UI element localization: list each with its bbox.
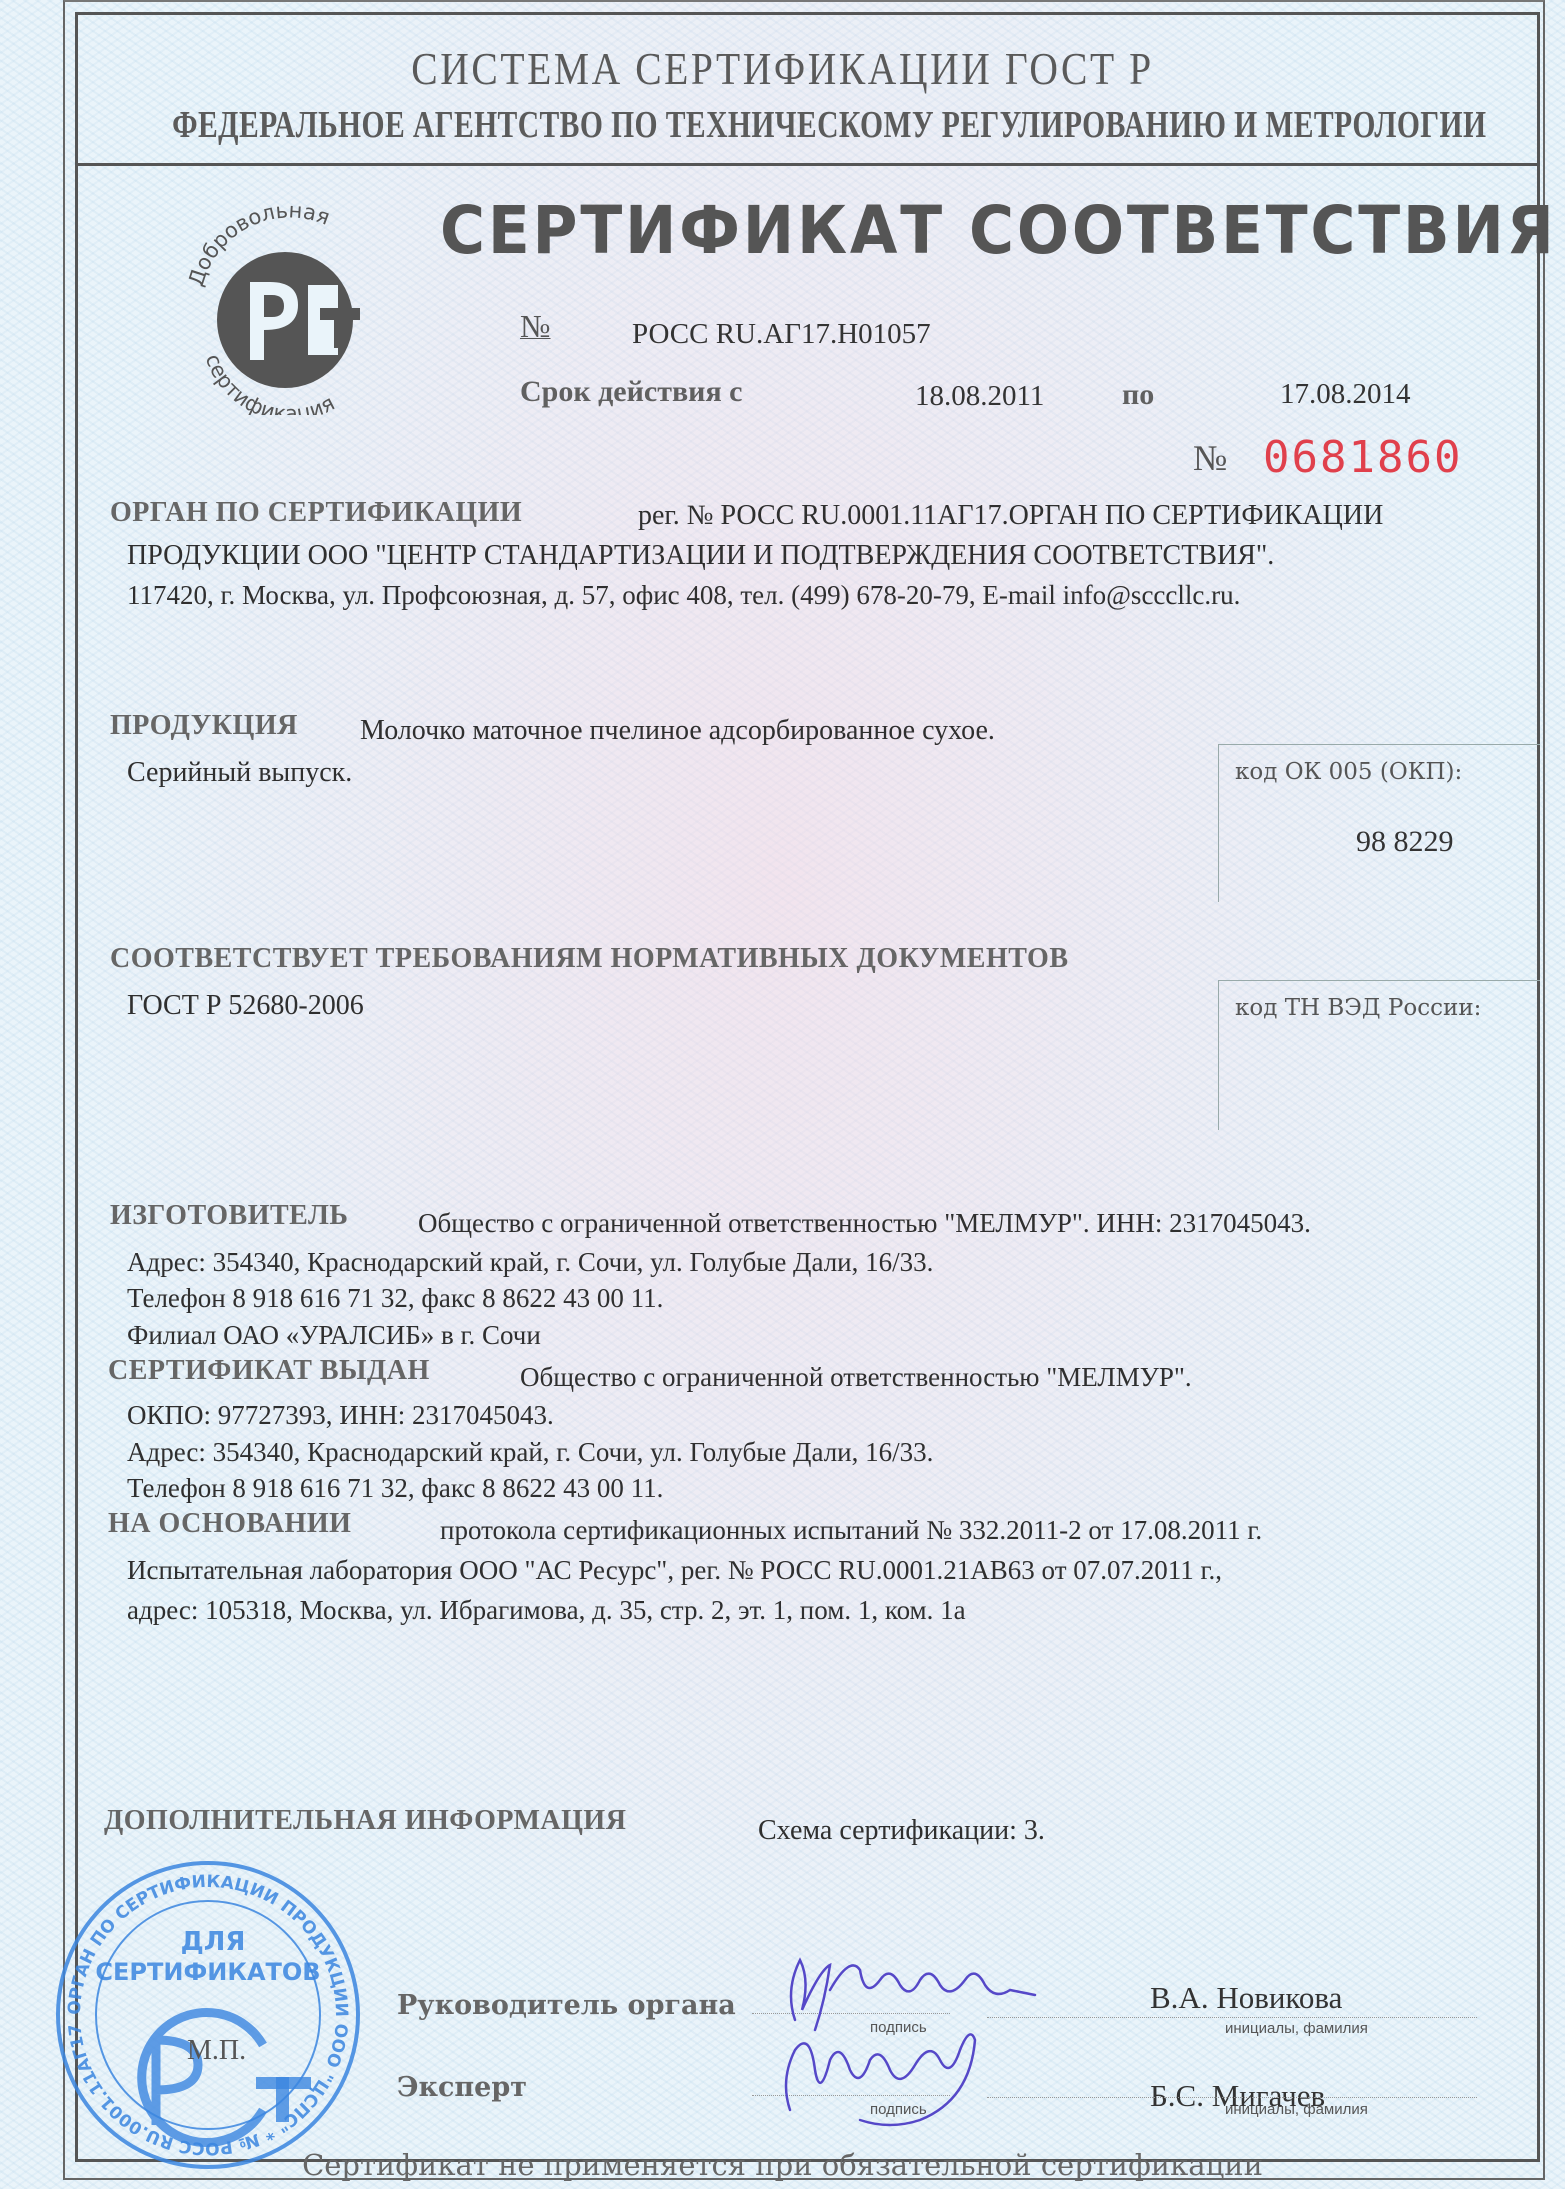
certification-body-label: ОРГАН ПО СЕРТИФИКАЦИИ	[110, 497, 522, 529]
valid-to-label: по	[1122, 378, 1154, 412]
valid-to: 17.08.2014	[1280, 378, 1411, 411]
tnved-code-box: код ТН ВЭД России:	[1218, 980, 1540, 1130]
product-label: ПРОДУКЦИЯ	[110, 710, 298, 742]
issued-to-phone: Телефон 8 918 616 71 32, факс 8 8622 43 …	[127, 1473, 663, 1504]
svg-text:СЕРТИФИКАТОВ: СЕРТИФИКАТОВ	[95, 1958, 320, 1986]
official-stamp-icon: ОРГАН ПО СЕРТИФИКАЦИИ ПРОДУКЦИИ ООО "ЦСП…	[48, 1855, 368, 2175]
additional-info-label: ДОПОЛНИТЕЛЬНАЯ ИНФОРМАЦИЯ	[104, 1805, 626, 1837]
blank-serial-number: 0681860	[1263, 432, 1462, 483]
issued-to-codes: ОКПО: 97727393, ИНН: 2317045043.	[127, 1400, 554, 1431]
head-name: В.А. Новикова	[1150, 1980, 1342, 2016]
certification-body-line1: рег. № РОСС RU.0001.11АГ17.ОРГАН ПО СЕРТ…	[638, 500, 1383, 532]
manufacturer-label: ИЗГОТОВИТЕЛЬ	[110, 1200, 348, 1232]
certification-body-line2: ПРОДУКЦИИ ООО "ЦЕНТР СТАНДАРТИЗАЦИИ И ПО…	[127, 540, 1274, 572]
header-divider	[75, 163, 1540, 166]
manufacturer-branch: Филиал ОАО «УРАЛСИБ» в г. Сочи	[127, 1320, 541, 1351]
manufacturer-phone: Телефон 8 918 616 71 32, факс 8 8622 43 …	[127, 1283, 663, 1314]
compliance-label: СООТВЕТСТВУЕТ ТРЕБОВАНИЯМ НОРМАТИВНЫХ ДО…	[110, 943, 1069, 975]
issued-to-address: Адрес: 354340, Краснодарский край, г. Со…	[127, 1437, 933, 1468]
product-name: Молочко маточное пчелиное адсорбированно…	[360, 715, 995, 747]
basis-laboratory: Испытательная лаборатория ООО "АС Ресурс…	[127, 1555, 1222, 1586]
voluntary-certification-logo-icon: Добровольная сертификация	[180, 200, 395, 415]
expert-role-label: Эксперт	[397, 2072, 527, 2103]
stamp-center-top: ДЛЯ	[181, 1927, 246, 1957]
validity-label: Срок действия с	[520, 375, 743, 409]
expert-signature-icon	[770, 2020, 1000, 2135]
issued-to-label: СЕРТИФИКАТ ВЫДАН	[108, 1355, 430, 1387]
agency-title: ФЕДЕРАЛЬНОЕ АГЕНТСТВО ПО ТЕХНИЧЕСКОМУ РЕ…	[172, 103, 1393, 147]
okp-value: 98 8229	[1356, 825, 1454, 859]
blank-number-label: №	[1193, 437, 1227, 479]
head-name-caption: инициалы, фамилия	[1225, 2020, 1368, 2037]
number-label: №	[520, 308, 551, 345]
expert-name-caption: инициалы, фамилия	[1225, 2101, 1368, 2118]
okp-code-box: код ОК 005 (ОКП): 98 8229	[1218, 744, 1540, 902]
product-release: Серийный выпуск.	[127, 757, 352, 789]
footer-note: Сертификат не применяется при обязательн…	[0, 2148, 1565, 2182]
okp-caption: код ОК 005 (ОКП):	[1235, 759, 1462, 785]
head-role-label: Руководитель органа	[397, 1990, 736, 2021]
manufacturer-address: Адрес: 354340, Краснодарский край, г. Со…	[127, 1247, 933, 1278]
certification-scheme: Схема сертификации: 3.	[758, 1815, 1045, 1847]
certification-body-address: 117420, г. Москва, ул. Профсоюзная, д. 5…	[127, 580, 1240, 611]
expert-name-line	[987, 2097, 1477, 2098]
valid-from: 18.08.2011	[915, 380, 1044, 413]
head-name-line	[987, 2017, 1477, 2018]
certificate-title: СЕРТИФИКАТ СООТВЕТСТВИЯ	[440, 192, 1557, 269]
stamp-place-label: М.П.	[187, 2035, 246, 2067]
basis-label: НА ОСНОВАНИИ	[108, 1508, 351, 1540]
basis-protocol: протокола сертификационных испытаний № 3…	[440, 1515, 1262, 1546]
standard-reference: ГОСТ Р 52680-2006	[127, 990, 364, 1022]
manufacturer-name: Общество с ограниченной ответственностью…	[418, 1208, 1311, 1239]
system-title: СИСТЕМА СЕРТИФИКАЦИИ ГОСТ Р	[110, 42, 1456, 95]
certificate-number: РОСС RU.АГ17.Н01057	[632, 318, 931, 351]
basis-lab-address: адрес: 105318, Москва, ул. Ибрагимова, д…	[127, 1595, 966, 1626]
issued-to-name: Общество с ограниченной ответственностью…	[520, 1362, 1192, 1393]
tnved-caption: код ТН ВЭД России:	[1235, 995, 1481, 1021]
